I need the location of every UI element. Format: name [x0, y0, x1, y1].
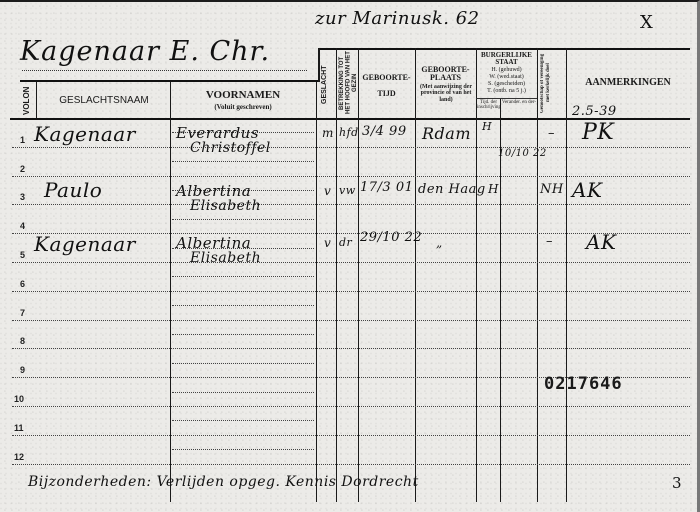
col-geboorteplaats-2: PLAATS [415, 74, 476, 82]
voornamen-subline [172, 392, 314, 393]
registration-card: Kagenaar E. Chr. zur Marinusk. 62 X VOLO… [0, 0, 700, 512]
col-line-0 [36, 82, 37, 118]
row3-aanmerkingen: AK [586, 230, 616, 254]
voornamen-subline [172, 161, 314, 162]
row-line [12, 291, 690, 292]
row-number: 3 [20, 192, 25, 202]
row-number: 6 [20, 279, 25, 289]
row2-geslachtsnaam: Paulo [44, 178, 102, 202]
header-top-rule-right [318, 48, 690, 50]
bs-h: H. (gehuwd) [476, 67, 537, 73]
row1-betrekking: hfd [339, 126, 359, 139]
row-line [12, 464, 690, 465]
row-number: 10 [14, 394, 24, 404]
col-aanmerkingen: AANMERKINGEN [566, 78, 690, 89]
row-line [12, 348, 690, 349]
voornamen-subline [172, 276, 314, 277]
row2-betrekking: vw [339, 184, 356, 197]
row1-geboorteplaats: Rdam [422, 124, 471, 143]
name-underline [22, 70, 307, 71]
voornamen-subline [172, 420, 314, 421]
row3-geslachtsnaam: Kagenaar [34, 232, 136, 256]
col-geboortetijd-2: TIJD [358, 90, 415, 98]
row-number: 2 [20, 164, 25, 174]
stamp-number: 0217646 [544, 374, 623, 394]
row-line [12, 435, 690, 436]
col-volgnummer: VOLON [22, 86, 31, 116]
row2-bs: H [488, 182, 499, 196]
col-geboortetijd-1: GEBOORTE- [358, 74, 415, 82]
row2-geslacht: v [324, 184, 331, 198]
bs-subdivider [476, 98, 537, 99]
row3-betrekking: dr [339, 236, 352, 249]
row3-geslacht: v [324, 236, 331, 250]
row-line [12, 406, 690, 407]
row1-geslachtsnaam: Kagenaar [34, 122, 136, 146]
voornamen-subline [172, 305, 314, 306]
voornamen-subline [172, 363, 314, 364]
header-step [318, 48, 320, 82]
address-handwritten: zur Marinusk. 62 [315, 8, 480, 29]
col-voornamen-sub: (Voluit geschreven) [172, 104, 314, 111]
row1-aanmerkingen: PK [582, 120, 614, 145]
row-number: 8 [20, 336, 25, 346]
col-geboorteplaats-sub: (Met aanwijzing der provincie of van het… [418, 84, 474, 103]
row2-geboortetijd: 17/3 01 [360, 180, 413, 195]
row-line [12, 176, 690, 177]
col-burgerlijke-staat-2: STAAT [476, 59, 537, 66]
row2-geboorteplaats: den Haag [418, 182, 486, 197]
row1-bs: H [482, 120, 492, 133]
row1-bs-extra: 10/10 22 [498, 148, 547, 159]
bs-tijd: Tijd. der inschrijving [477, 100, 500, 111]
voornamen-subline [172, 334, 314, 335]
row1-kerk: – [548, 126, 555, 141]
row-line [12, 320, 690, 321]
row3-geboortetijd: 29/10 22 [360, 230, 422, 245]
bs-t: T. (ontb. na 5 j.) [476, 88, 537, 94]
bs-w: W. (wed.staat) [476, 74, 537, 80]
row-number: 1 [20, 135, 25, 145]
col-line-2 [316, 82, 317, 502]
header-note: 2.5-39 [572, 104, 617, 119]
row12-footer-note: Bijzonderheden: Verlijden opgeg. Kennis … [28, 474, 419, 490]
row3-geboorteplaats: „ [436, 236, 443, 250]
row-number: 9 [20, 365, 25, 375]
row-number: 11 [14, 423, 24, 433]
page-mark: 3 [672, 474, 682, 492]
col-voornamen: VOORNAMEN [172, 90, 314, 102]
row-number: 7 [20, 308, 25, 318]
row-number: 12 [14, 452, 24, 462]
col-geslacht: GESLACHT [321, 54, 328, 116]
voornamen-subline [172, 219, 314, 220]
bs-s: S. (gescheiden) [476, 81, 537, 87]
row3-voornamen-2: Elisabeth [190, 250, 261, 266]
row-line [12, 147, 690, 148]
row1-geboortetijd: 3/4 99 [362, 124, 407, 139]
row2-aanmerkingen: AK [572, 178, 602, 202]
family-name-handwritten: Kagenaar E. Chr. [20, 36, 270, 67]
col-kerkgenootschap: Genootschap of vereeniging met kerkelijk… [540, 50, 552, 116]
row1-voornamen-2: Christoffel [190, 140, 271, 156]
row2-voornamen-2: Elisabeth [190, 198, 261, 214]
row2-kerk: NH [540, 182, 564, 197]
col-geslachtsnaam: GESLACHTSNAAM [40, 96, 168, 107]
header-top-rule [20, 80, 318, 82]
corner-mark: X [640, 12, 653, 33]
col-betrekking: BETREKKING TOT HET HOOFD VAN HET GEZIN [339, 50, 359, 116]
bs-verander: Verander. en der- [501, 100, 537, 105]
row-line [12, 262, 690, 263]
voornamen-subline [172, 449, 314, 450]
row3-kerk: – [546, 234, 553, 249]
row-line [12, 204, 690, 205]
row1-geslacht: m [322, 126, 334, 140]
row-number: 5 [20, 250, 25, 260]
col-line-1 [170, 82, 171, 502]
row-number: 4 [20, 221, 25, 231]
